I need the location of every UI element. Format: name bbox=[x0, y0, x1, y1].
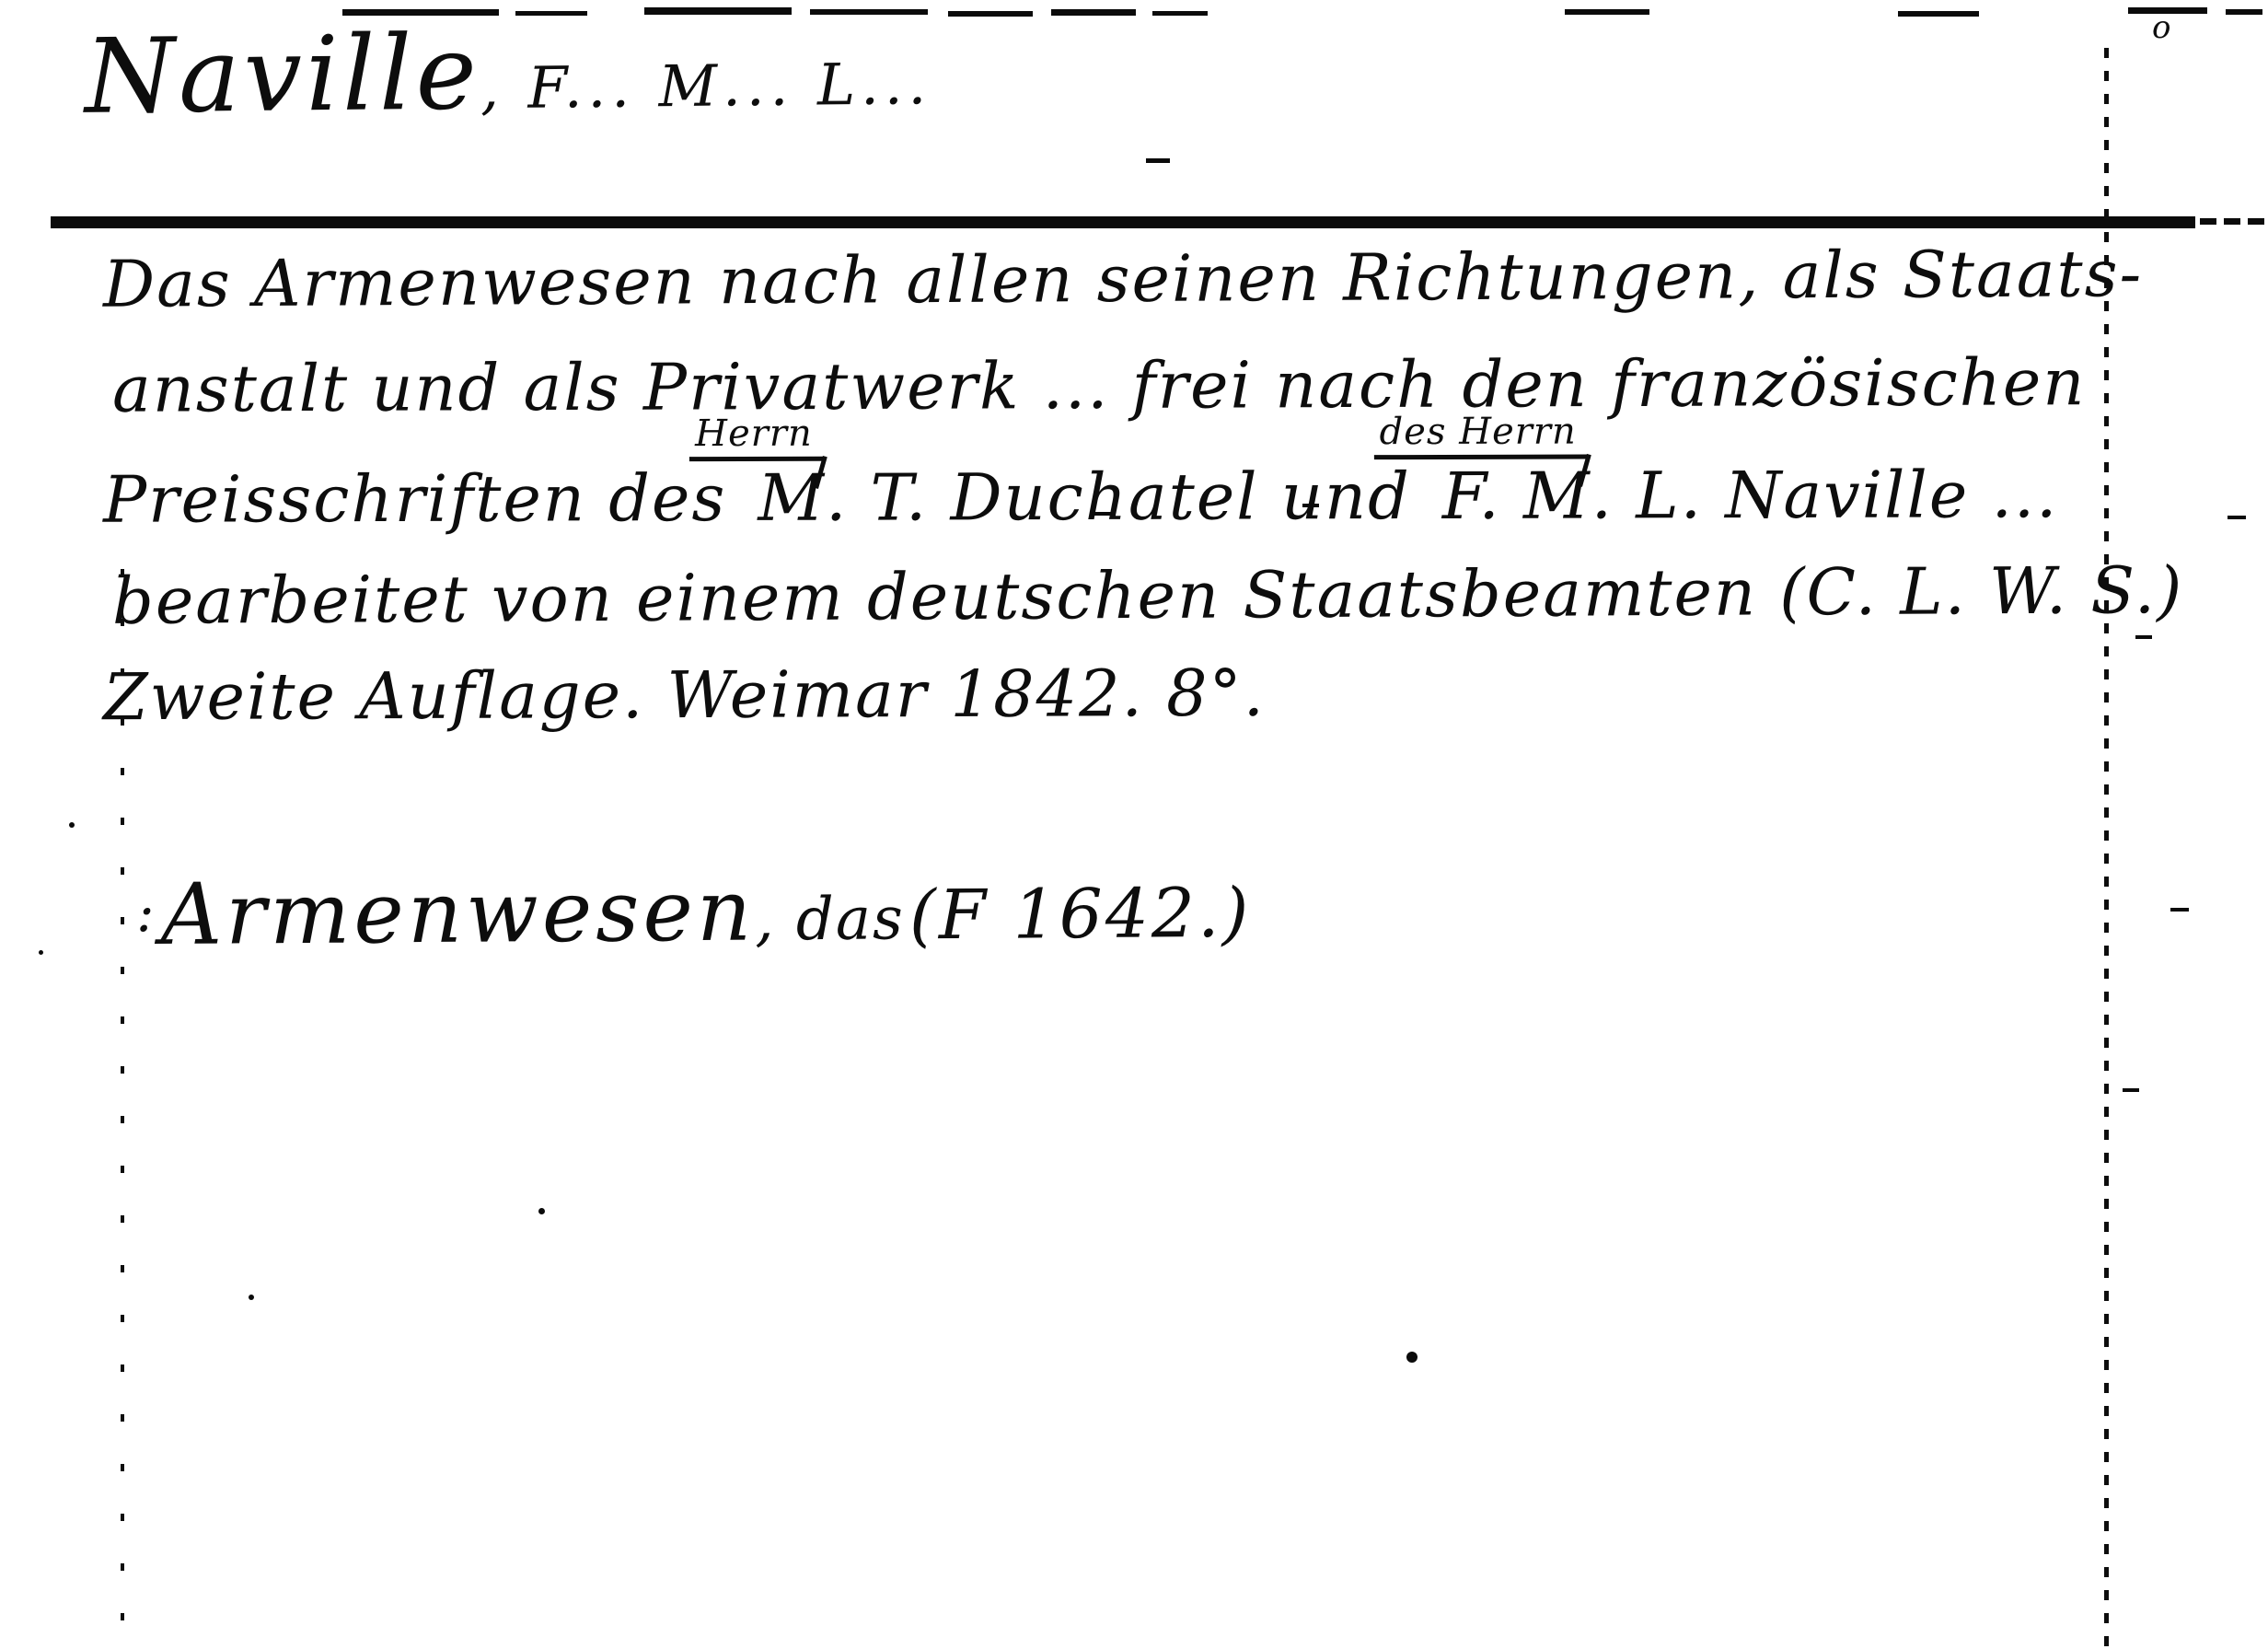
scan-edge-artifact bbox=[948, 11, 1033, 17]
corner-mark: o bbox=[2152, 9, 2170, 46]
author-surname: Naville bbox=[84, 13, 480, 136]
scan-edge-artifact bbox=[1898, 11, 1979, 17]
entry-line-3: Preisschriften desHerrnM. T. Duchatel un… bbox=[103, 452, 2058, 538]
scan-speck bbox=[1302, 504, 1319, 507]
scan-speck bbox=[538, 1208, 545, 1214]
entry-line-1: Das Armenwesen nach allen seinen Richtun… bbox=[103, 236, 2144, 322]
scan-edge-artifact bbox=[810, 9, 928, 15]
cross-reference-suffix: , das bbox=[755, 885, 905, 954]
entry-line-3-seg1: Preisschriften des bbox=[103, 460, 727, 538]
entry-line-3-seg2: M. T. Duchatel und bbox=[758, 459, 1411, 536]
scan-speck bbox=[2123, 1088, 2139, 1092]
scan-speck bbox=[2135, 635, 2152, 639]
scan-speck bbox=[2170, 908, 2189, 912]
catalog-card: Naville, F... M... L... o Das Armenwesen… bbox=[0, 0, 2268, 1649]
entry-line-4: bearbeitet von einem deutschen Staatsbea… bbox=[112, 552, 2184, 639]
insertion-herrn: Herrn bbox=[726, 456, 758, 520]
cross-reference-shelfmark: (F 1642.) bbox=[909, 874, 1252, 956]
scan-edge-artifact bbox=[1152, 11, 1208, 16]
entry-line-2: anstalt und als Privatwerk ... frei nach… bbox=[112, 344, 2087, 426]
insertion-herrn-label: Herrn bbox=[689, 412, 824, 461]
author-heading: Naville, F... M... L... bbox=[84, 8, 931, 137]
scan-edge-artifact bbox=[2226, 9, 2262, 15]
scan-edge-artifact bbox=[515, 11, 587, 16]
cross-reference-title: Armenwesen bbox=[160, 862, 755, 965]
right-dotted-rule bbox=[2104, 48, 2109, 1649]
scan-edge-artifact bbox=[342, 9, 499, 16]
scan-edge-artifact bbox=[644, 7, 792, 15]
cross-reference-colon: : bbox=[136, 881, 156, 944]
insertion-des-herrn-label: des Herrn bbox=[1374, 411, 1588, 460]
header-rule bbox=[51, 216, 2195, 228]
scan-speck bbox=[69, 822, 75, 828]
scan-edge-artifact bbox=[1565, 9, 1649, 15]
scan-speck bbox=[1092, 512, 1112, 516]
scan-speck bbox=[1146, 158, 1170, 163]
scan-edge-artifact bbox=[2128, 7, 2207, 14]
left-dotted-rule bbox=[121, 569, 124, 1649]
header-rule-tail bbox=[2200, 218, 2268, 225]
scan-speck bbox=[1406, 1352, 1417, 1363]
cross-reference: : Armenwesen, das (F 1642.) bbox=[136, 858, 1252, 964]
scan-speck bbox=[2227, 516, 2246, 519]
scan-speck bbox=[39, 950, 43, 955]
author-forenames: , F... M... L... bbox=[480, 50, 932, 122]
scan-edge-artifact bbox=[1051, 9, 1136, 16]
scan-speck bbox=[249, 1295, 254, 1300]
insertion-des-herrn: des Herrn bbox=[1411, 454, 1442, 518]
entry-line-5: Zweite Auflage. Weimar 1842. 8°. bbox=[103, 656, 1266, 735]
entry-line-3-seg3: F. M. L. Naville ... bbox=[1442, 457, 2059, 534]
